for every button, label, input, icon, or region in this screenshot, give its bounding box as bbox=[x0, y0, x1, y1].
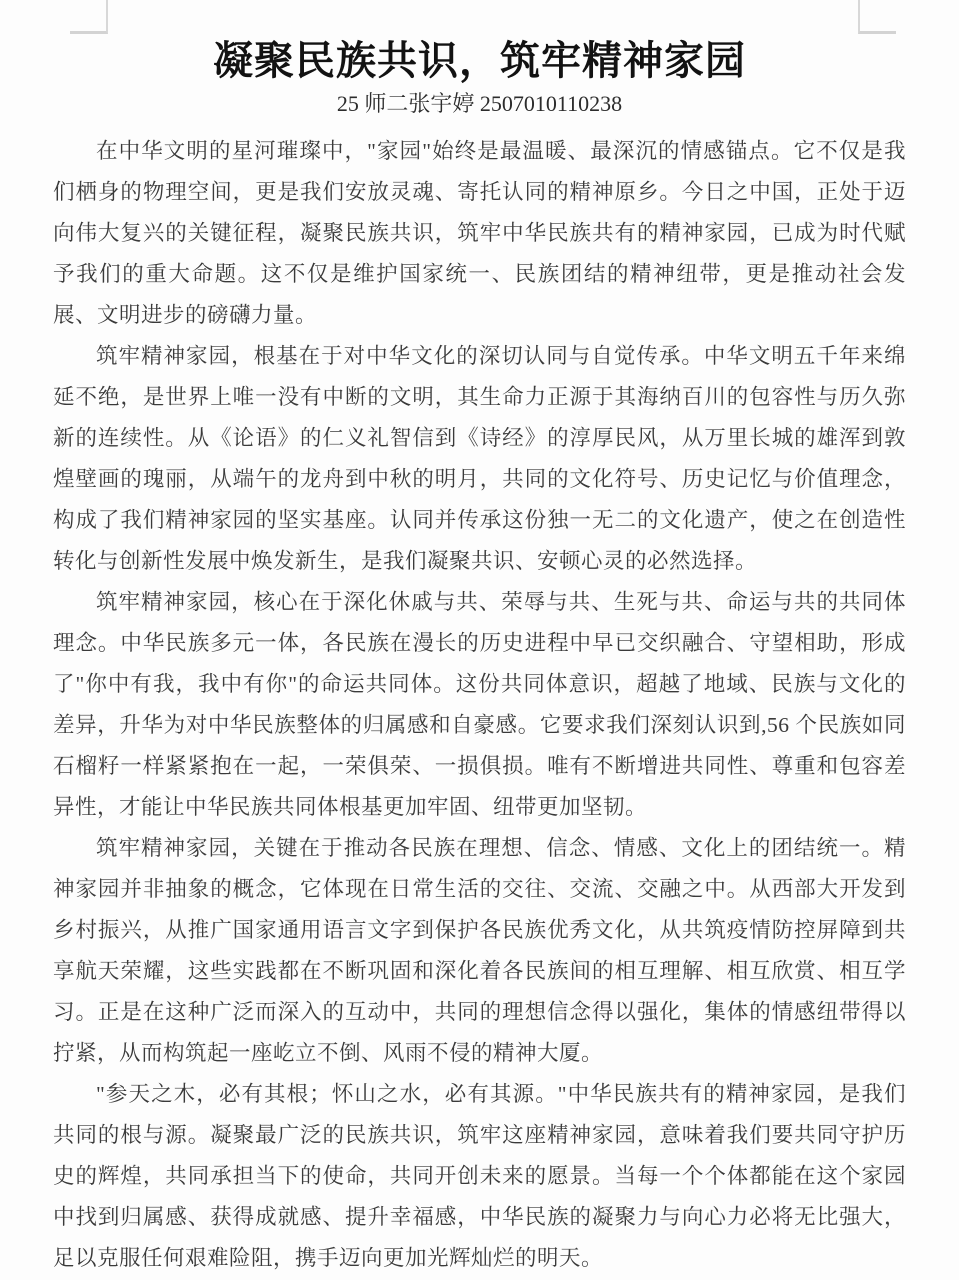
paragraph-3: 筑牢精神家园，核心在于深化休戚与共、荣辱与共、生死与共、命运与共的共同体理念。中… bbox=[53, 582, 906, 828]
document-page: 凝聚民族共识，筑牢精神家园 25 师二张宇婷 2507010110238 在中华… bbox=[0, 0, 959, 1280]
paragraph-5: "参天之木，必有其根；怀山之水，必有其源。"中华民族共有的精神家园，是我们共同的… bbox=[53, 1074, 906, 1279]
author-line: 25 师二张宇婷 2507010110238 bbox=[0, 91, 959, 117]
paragraph-4: 筑牢精神家园，关键在于推动各民族在理想、信念、情感、文化上的团结统一。精神家园并… bbox=[53, 828, 906, 1074]
essay-title: 凝聚民族共识，筑牢精神家园 bbox=[60, 38, 899, 84]
page-corner-mark-left bbox=[70, 0, 108, 34]
paragraph-2: 筑牢精神家园，根基在于对中华文化的深切认同与自觉传承。中华文明五千年来绵延不绝，… bbox=[53, 336, 906, 582]
paragraph-1: 在中华文明的星河璀璨中，"家园"始终是最温暖、最深沉的情感锚点。它不仅是我们栖身… bbox=[53, 131, 906, 336]
essay-body: 在中华文明的星河璀璨中，"家园"始终是最温暖、最深沉的情感锚点。它不仅是我们栖身… bbox=[53, 131, 906, 1279]
page-corner-mark-right bbox=[858, 0, 896, 34]
